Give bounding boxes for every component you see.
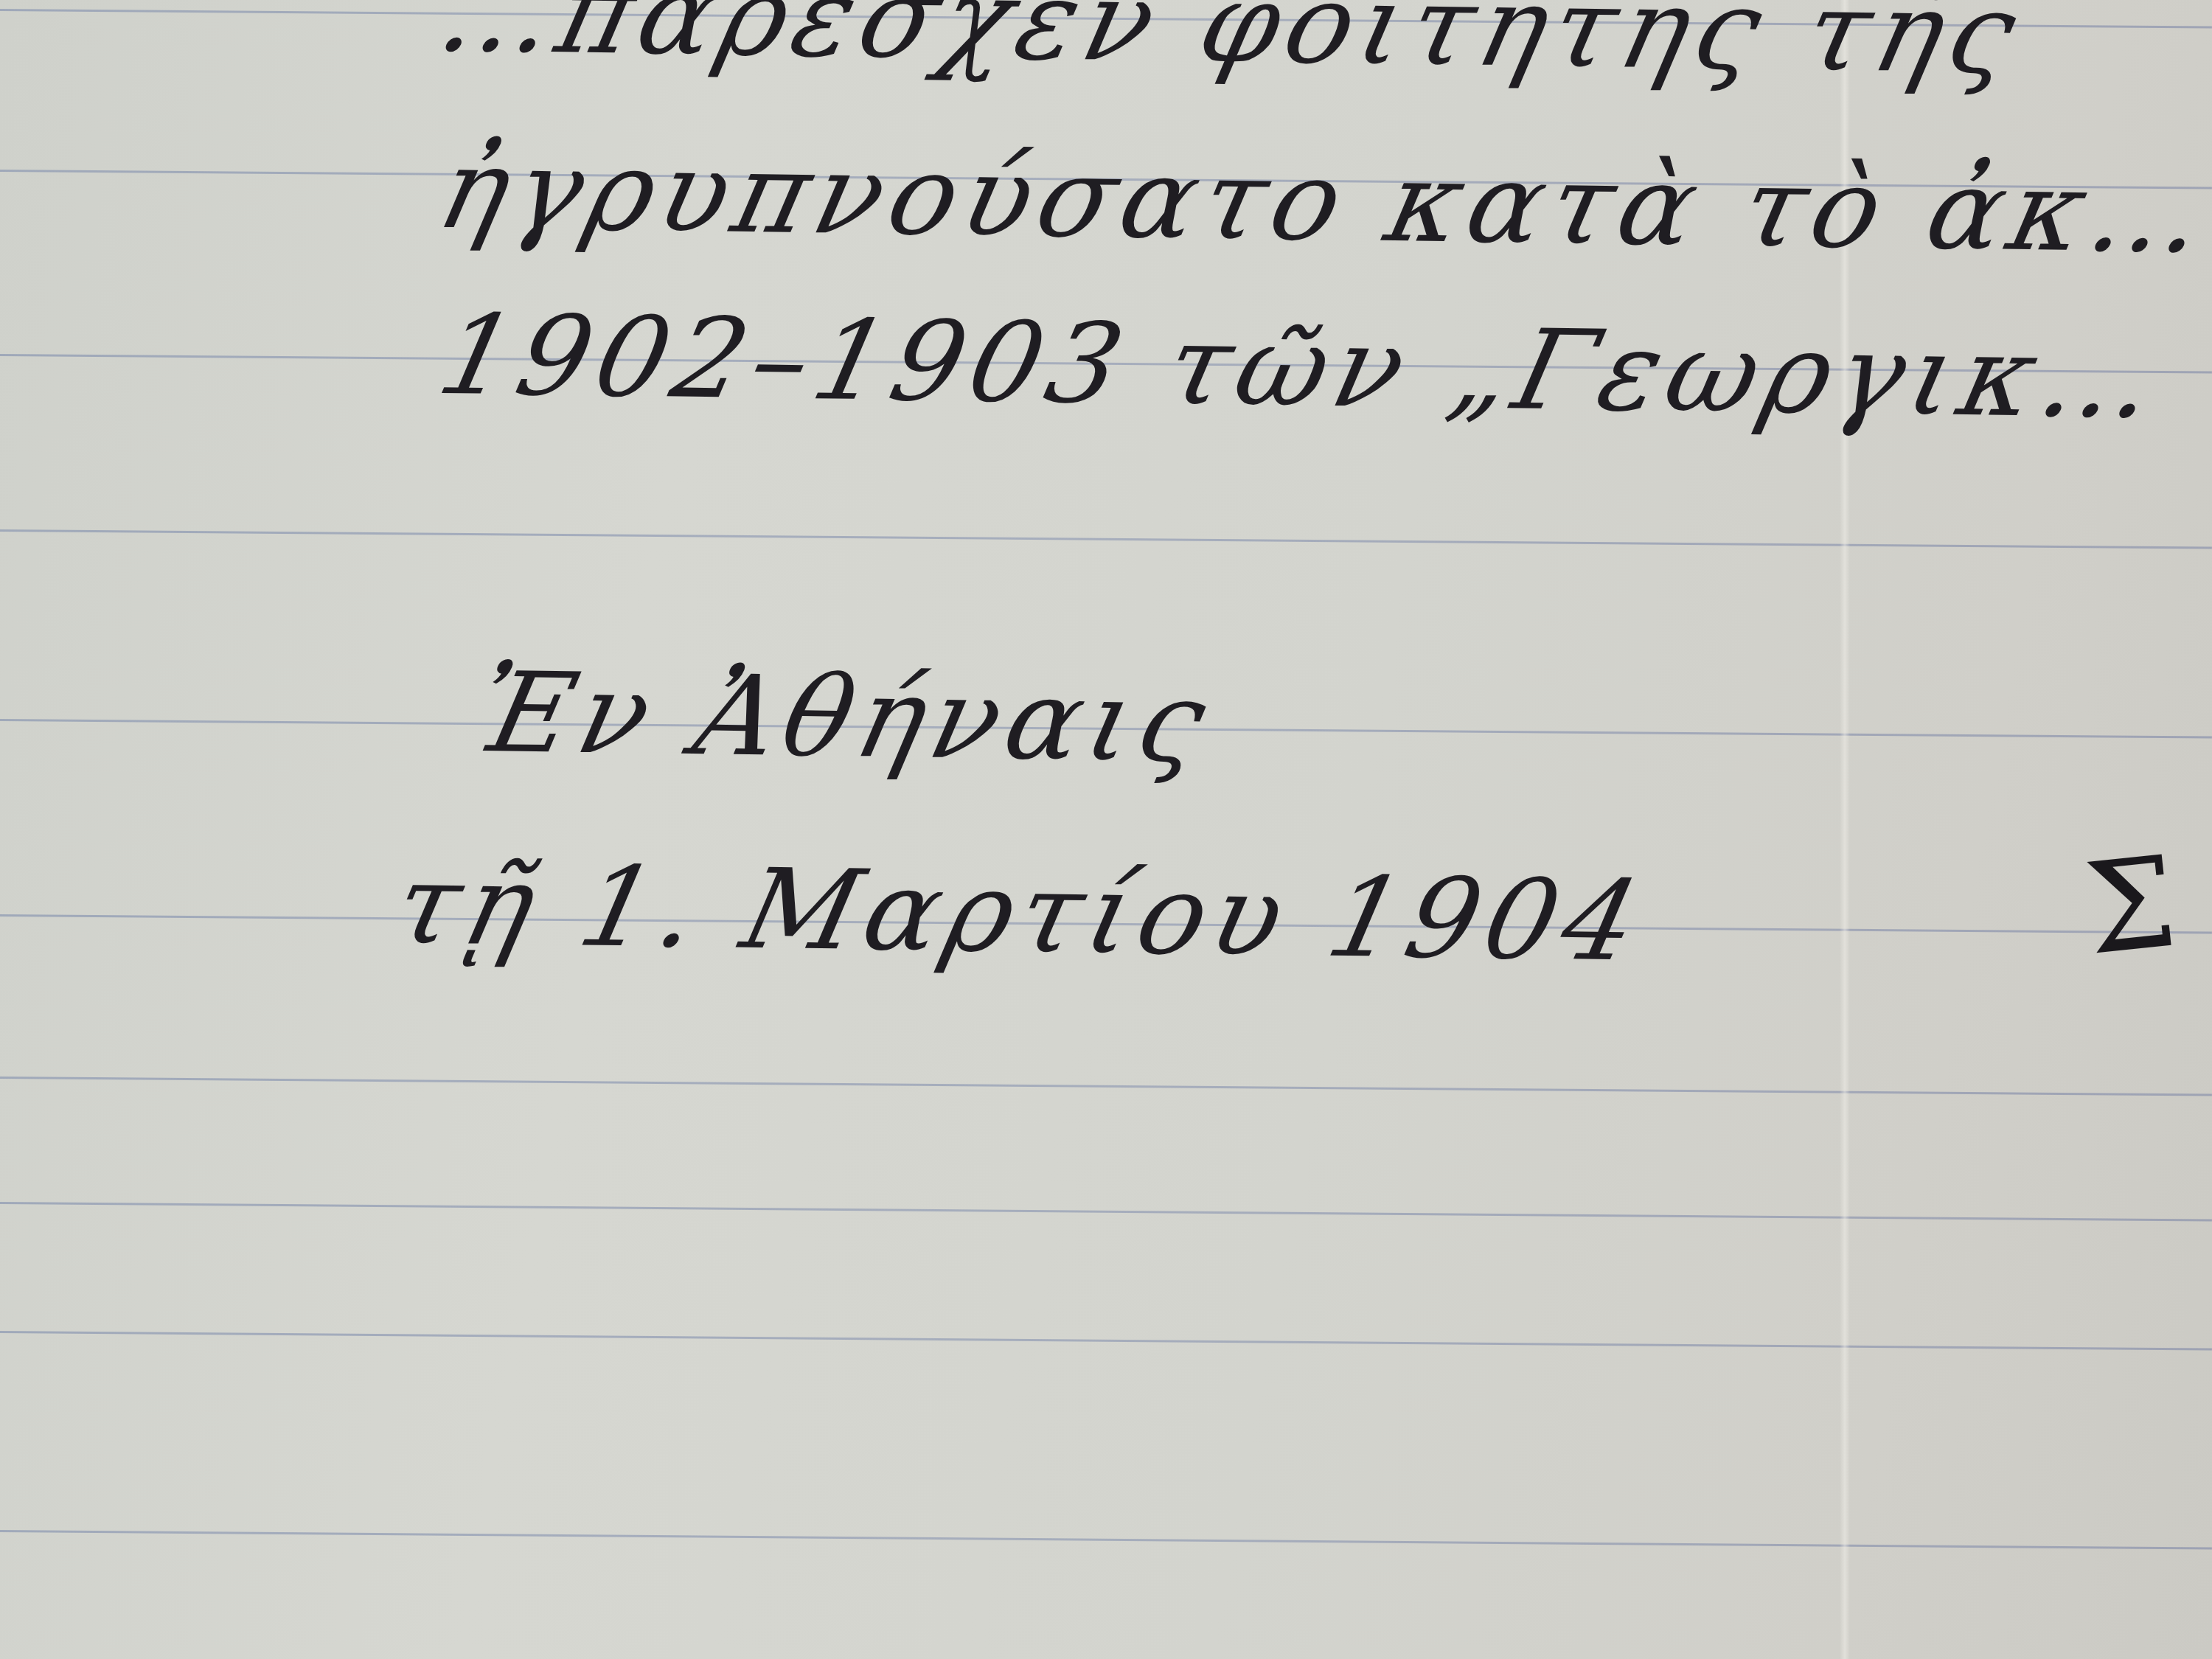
ruled-line — [0, 1331, 2212, 1351]
paper-sheet: …παρέσχεν φοιτητὴς τῆς ἠγρυπνούσατο κατὰ… — [0, 0, 2212, 1659]
closing-date: τῇ 1. Μαρτίου 1904 — [383, 841, 1656, 986]
signature-mark: Σ — [2079, 829, 2183, 983]
ruled-line — [0, 1530, 2212, 1550]
handwritten-line-3: 1902–1903 τῶν „Γεωργικ… — [428, 291, 2174, 443]
ruled-line — [0, 1077, 2212, 1096]
ruled-line — [0, 529, 2212, 549]
closing-place: Ἐν Ἀθήναις — [465, 649, 1224, 787]
ruled-line — [0, 1202, 2212, 1222]
handwritten-line-1: …παρέσχεν φοιτητὴς τῆς — [428, 0, 2034, 99]
handwritten-line-2: ἠγρυπνούσατο κατὰ τὸ ἀκ… — [428, 125, 2212, 278]
